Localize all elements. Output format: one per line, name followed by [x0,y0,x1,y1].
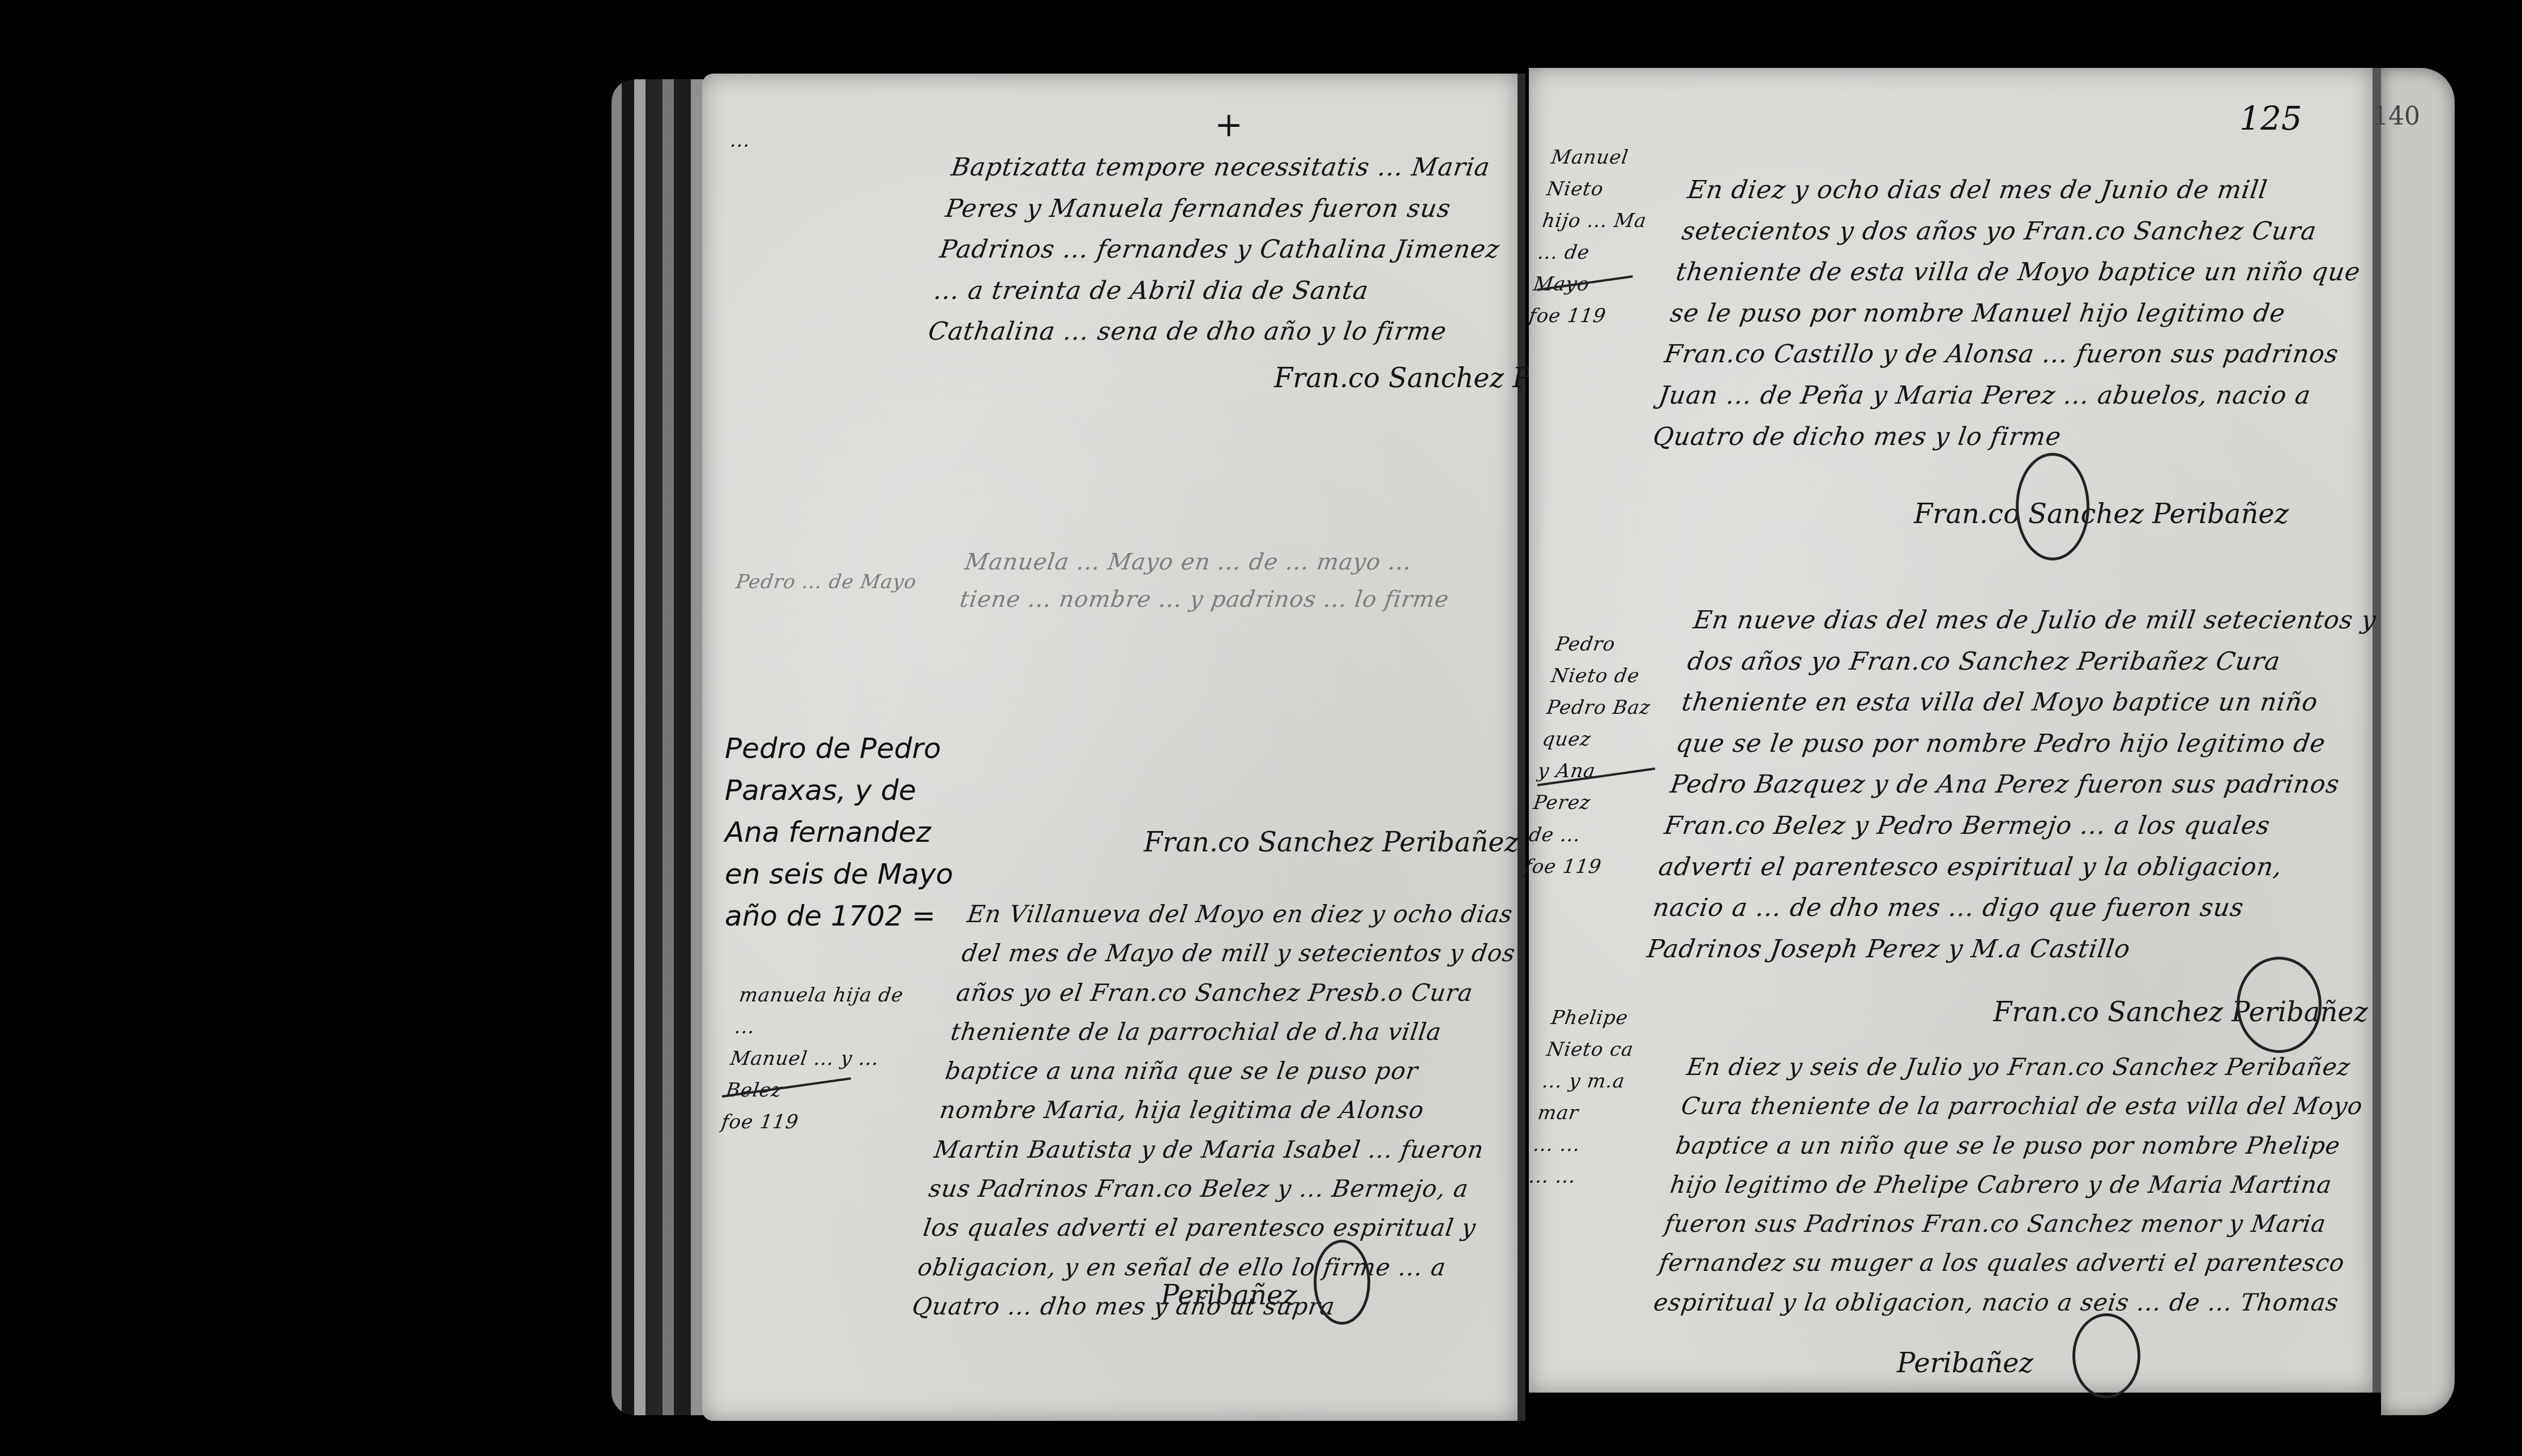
left-margin-note-clear: Pedro de Pedro Paraxas, y de Ana fernand… [725,727,953,937]
microfilm-frame: + Baptizatta tempore necessitatis ... Ma… [0,0,2522,1456]
left-bottom-signature: Peribañez [1161,1279,1297,1311]
adjacent-page-strip [2381,68,2455,1415]
page-number: 125 [2239,99,2302,138]
right-entry-2: En nueve dias del mes de Julio de mill s… [1644,600,2387,970]
right-entry-1: En diez y ocho dias del mes de Junio de … [1650,170,2381,457]
signature-flourish [2016,453,2089,560]
left-margin-note-lower: manuela hija de ... Manuel ... y ... Bel… [719,979,928,1138]
signature-flourish [1314,1240,1370,1325]
left-faint-signature: Fran.co Sanchez Peribañez [1144,827,1519,858]
edge-page-number: 140 [2373,102,2420,131]
left-bottom-entry: En Villanueva del Moyo en diez y ocho di… [909,894,1536,1326]
cross-icon: + [1215,105,1243,144]
left-faint-entry: Manuela ... Mayo en ... de ... mayo ... … [957,543,1478,618]
signature-flourish [2072,1313,2140,1398]
right-entry-3-signature: Peribañez [1897,1347,2033,1379]
right-entry-3: En diez y seis de Julio yo Fran.co Sanch… [1651,1047,2380,1322]
signature-flourish [2237,957,2322,1053]
left-top-entry: Baptizatta tempore necessitatis ... Mari… [925,147,1520,353]
book-page-edges [612,79,708,1415]
left-margin-note-faint: Pedro ... de Mayo [734,566,925,598]
left-margin-note-top: ... [728,125,920,156]
right-entry-1-signature: Fran.co Sanchez Peribañez [1914,498,2289,530]
